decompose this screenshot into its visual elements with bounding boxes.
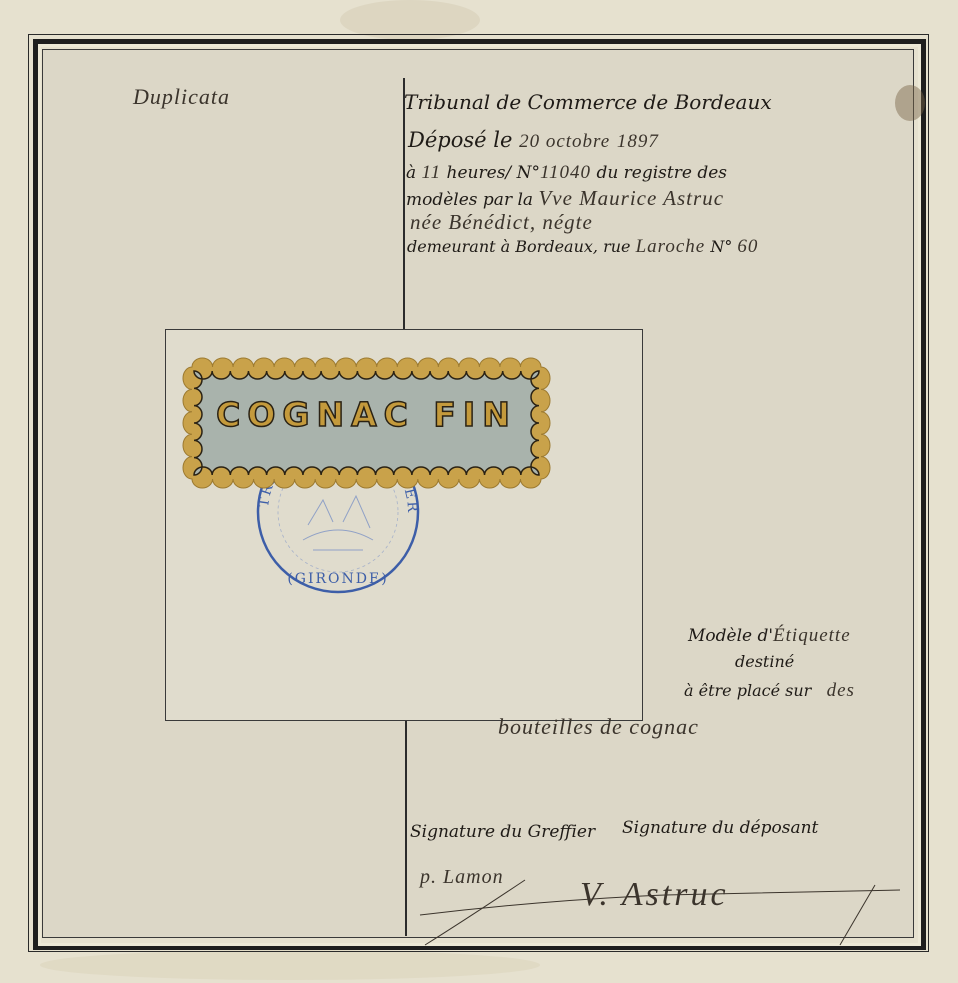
street-number-prefix: N° bbox=[710, 237, 732, 256]
depositor-line-2: née Bénédict, négte bbox=[410, 210, 593, 235]
models-prefix: modèles par la bbox=[406, 190, 533, 210]
street-name: Laroche bbox=[636, 236, 706, 257]
deposit-prefix: Déposé le bbox=[408, 128, 512, 152]
ink-stain bbox=[895, 85, 925, 121]
paper-stain bbox=[40, 950, 540, 980]
duplicata-annotation: Duplicata bbox=[133, 84, 230, 110]
register-number: 11040 bbox=[540, 162, 591, 183]
label-text: COGNAC FIN bbox=[182, 395, 551, 434]
divider-upper bbox=[403, 78, 405, 330]
cognac-fin-label: COGNAC FIN bbox=[182, 357, 551, 489]
deposit-line: Déposé le 20 octobre 1897 bbox=[408, 128, 659, 153]
model-type: Étiquette bbox=[773, 625, 851, 646]
hour-label: heures bbox=[447, 163, 506, 183]
placement-prefix: à être placé sur bbox=[684, 681, 811, 700]
street-number: 60 bbox=[737, 236, 758, 257]
depositor-name: Vve Maurice Astruc bbox=[538, 186, 724, 210]
model-prefix: Modèle d' bbox=[688, 626, 773, 646]
address-line: demeurant à Bordeaux, rue Laroche N° 60 bbox=[407, 236, 758, 258]
clerk-signature-label: Signature du Greffier bbox=[410, 822, 595, 842]
description-line-3: à être placé sur des bbox=[684, 680, 855, 702]
signature-flourish-icon bbox=[405, 860, 915, 950]
register-prefix: N° bbox=[517, 163, 540, 183]
deposit-date: 20 octobre bbox=[519, 131, 610, 152]
hour-line: à 11 heures/ N°11040 du registre des bbox=[406, 162, 727, 184]
description-line-4: bouteilles de cognac bbox=[498, 714, 699, 740]
court-name: Tribunal de Commerce de Bordeaux bbox=[404, 90, 772, 114]
description-line-1: Modèle d'Étiquette bbox=[688, 625, 851, 647]
depositor-signature-label: Signature du déposant bbox=[622, 818, 818, 838]
address-prefix: demeurant à Bordeaux, rue bbox=[407, 237, 631, 256]
svg-text:(GIRONDE): (GIRONDE) bbox=[287, 571, 388, 587]
hour-prefix: à bbox=[406, 163, 416, 183]
hour-value: 11 bbox=[422, 162, 442, 183]
register-suffix: du registre des bbox=[596, 163, 727, 183]
placement-handwritten: des bbox=[827, 680, 855, 701]
description-line-2: destiné bbox=[735, 652, 794, 671]
deposit-year: 1897 bbox=[617, 131, 659, 152]
depositor-line: modèles par la Vve Maurice Astruc bbox=[406, 186, 724, 211]
